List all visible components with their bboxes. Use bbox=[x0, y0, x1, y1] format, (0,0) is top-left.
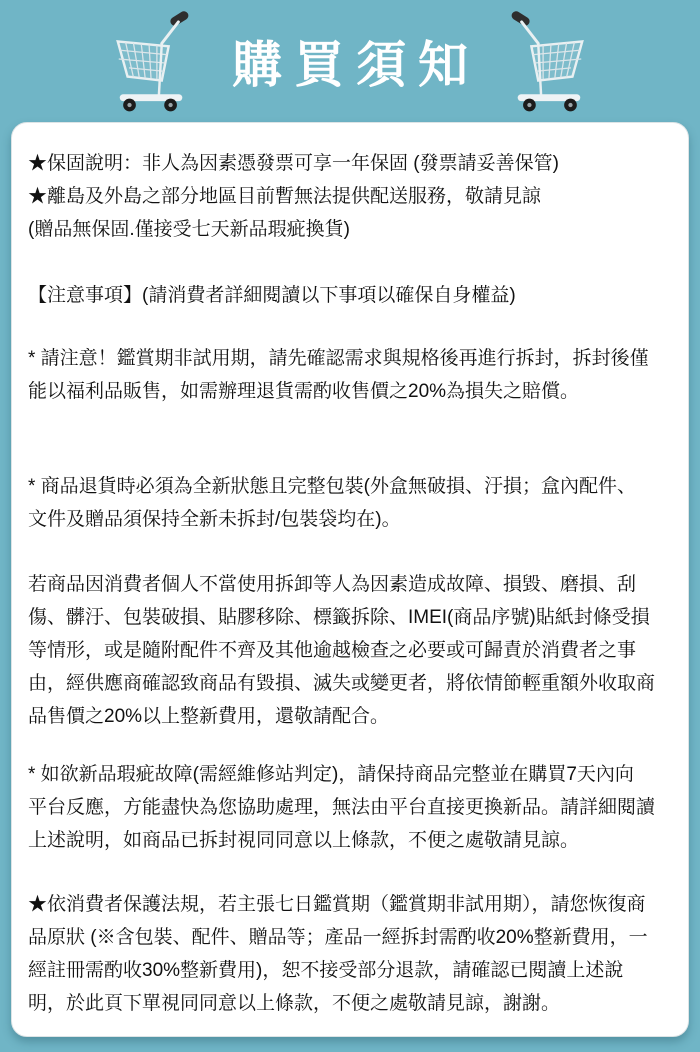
page-title: 購買須知 bbox=[220, 25, 480, 97]
notice-paragraph-return-condition: * 商品退貨時必須為全新狀態且完整包裝(外盒無破損、汙損；盒內配件、 文件及贈品… bbox=[28, 470, 672, 536]
notice-paragraph-consumer-protection: ★依消費者保護法規，若主張七日鑑賞期（鑑賞期非試用期），請您恢復商 品原狀 (※… bbox=[28, 888, 672, 1020]
purchase-notice-page: 購買須知 ★保固說明：非人為因素憑發票可享一年保固 (發票請妥善保管) ★離島及… bbox=[0, 0, 700, 1037]
header-banner: 購買須知 bbox=[0, 0, 700, 122]
attention-heading: 【注意事項】(請消費者詳細閱讀以下事項以確保自身權益) bbox=[28, 279, 672, 312]
notice-paragraph-inspection-period: * 請注意！鑑賞期非試用期，請先確認需求與規格後再進行拆封，拆封後僅 能以福利品… bbox=[28, 342, 672, 408]
notice-paragraph-defect-handling: * 如欲新品瑕疵故障(需經維修站判定)，請保持商品完整並在購買7天內向 平台反應… bbox=[28, 758, 672, 857]
warranty-info-lines: ★保固說明：非人為因素憑發票可享一年保固 (發票請妥善保管) ★離島及外島之部分… bbox=[28, 147, 672, 246]
shopping-cart-icon bbox=[108, 10, 196, 112]
notice-card: ★保固說明：非人為因素憑發票可享一年保固 (發票請妥善保管) ★離島及外島之部分… bbox=[11, 122, 689, 1037]
shopping-cart-icon bbox=[504, 10, 592, 112]
notice-paragraph-damage-liability: 若商品因消費者個人不當使用拆卸等人為因素造成故障、損毀、磨損、刮 傷、髒汙、包裝… bbox=[28, 568, 672, 733]
